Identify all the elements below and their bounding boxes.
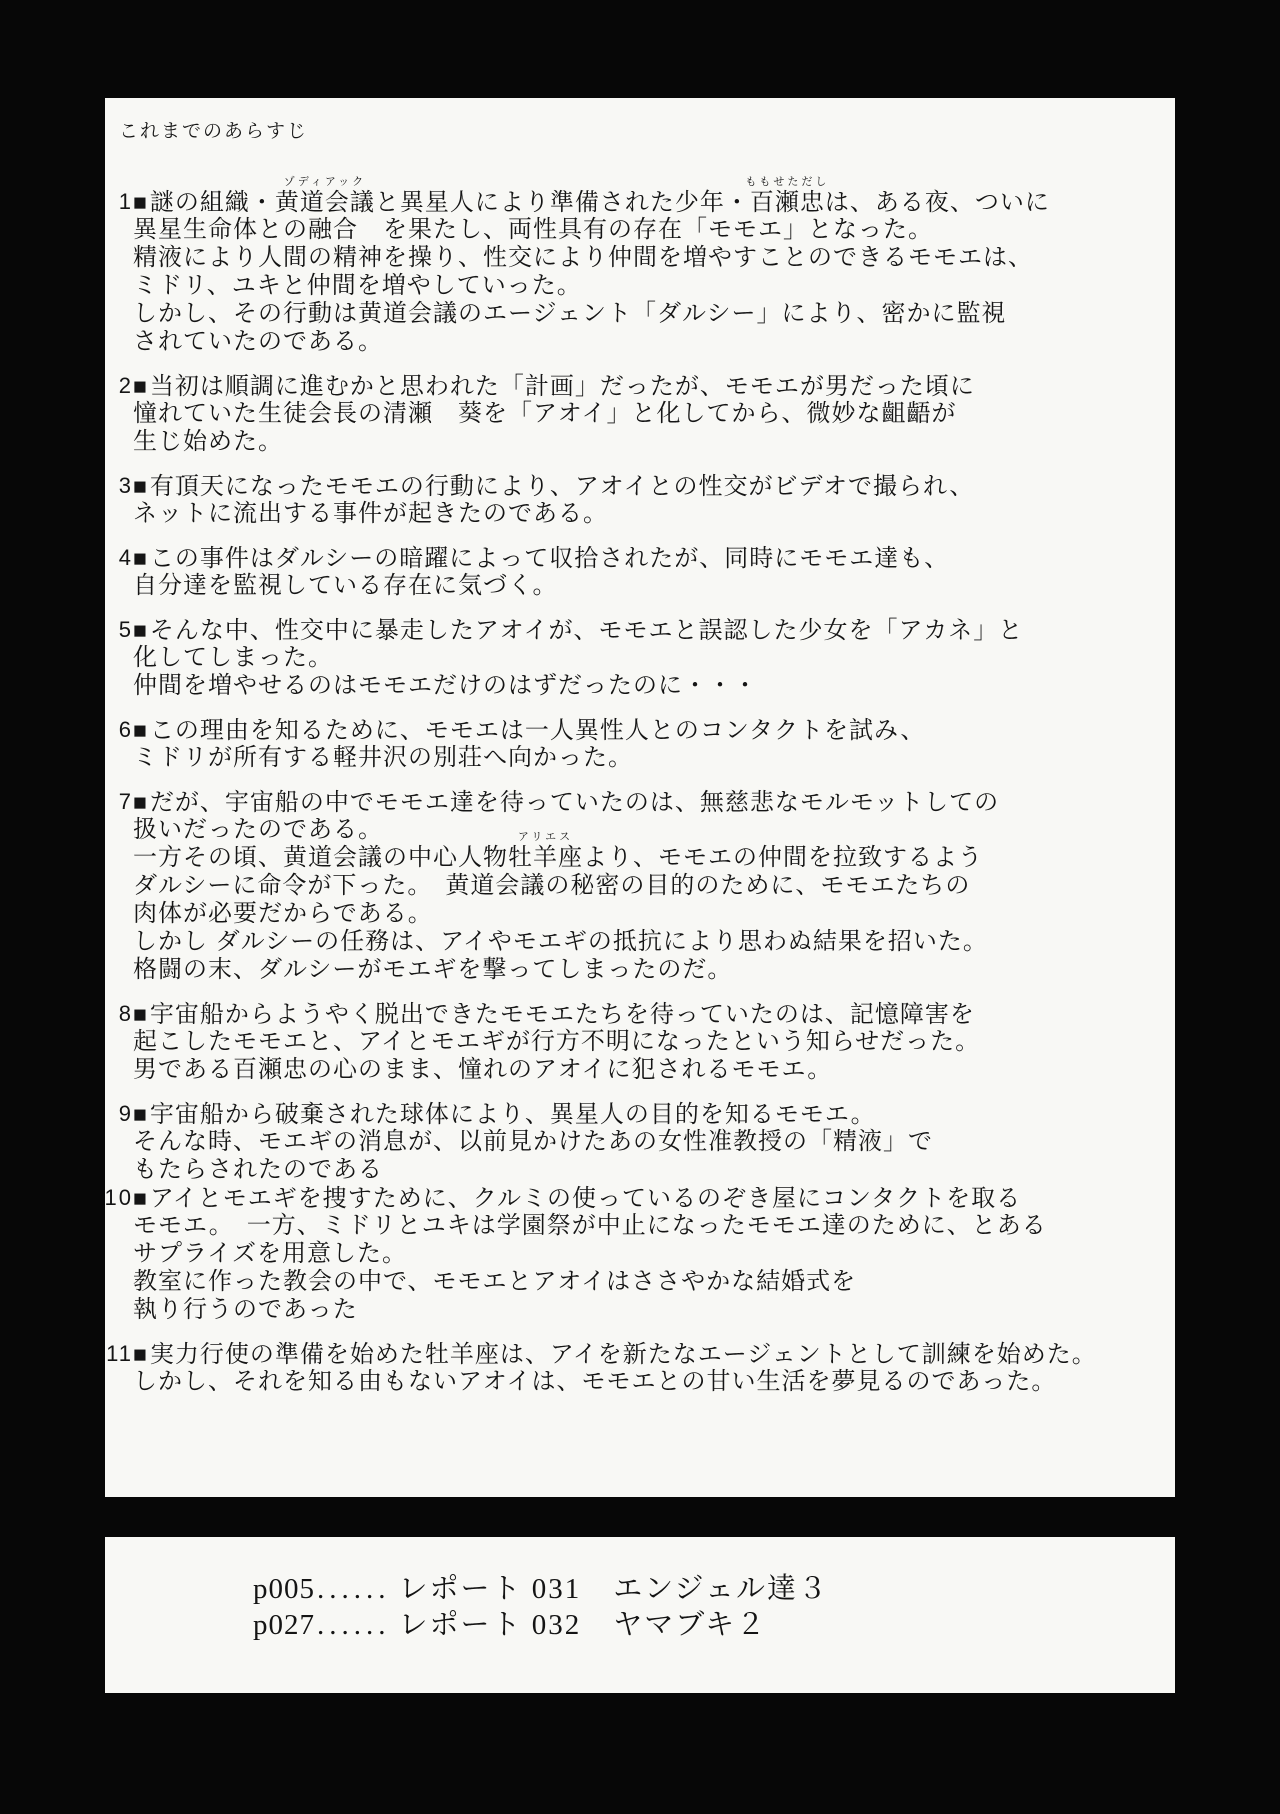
toc-leader-dots: ...... [317, 1573, 391, 1605]
synopsis-line: 格闘の末、ダルシーがモエギを撃ってしまったのだ。 [133, 956, 1155, 984]
item-bullet-icon: ■ [133, 717, 148, 743]
synopsis-text: 宇宙船から破棄された球体により、異星人の目的を知るモモエ。 [150, 1101, 876, 1128]
synopsis-line: ネットに流出する事件が起きたのである。 [133, 500, 1155, 528]
synopsis-item-3: 3■有頂天になったモモエの行動により、アオイとの性交がビデオで撮られ、ネットに流… [133, 472, 1155, 528]
toc-chapter-title: エンジェル達３ [613, 1573, 829, 1605]
item-bullet-icon: ■ [133, 617, 148, 643]
synopsis-item-4: 4■この事件はダルシーの暗躍によって収拾されたが、同時にモモエ達も、自分達を監視… [133, 544, 1155, 600]
toc-leader-dots: ...... [317, 1609, 391, 1641]
toc-page-number: p027 [253, 1609, 315, 1641]
synopsis-text: そんな中、性交中に暴走したアオイが、モモエと誤認した少女を「アカネ」と [150, 617, 1023, 644]
synopsis-line: 8■宇宙船からようやく脱出できたモモエたちを待っていたのは、記憶障害を [133, 1000, 1155, 1028]
synopsis-text: 教室に作った教会の中で、モモエとアオイはささやかな結婚式を [133, 1268, 856, 1295]
item-number: 8 [119, 1000, 133, 1028]
synopsis-line: 起こしたモモエと、アイとモエギが行方不明になったという知らせだった。 [133, 1028, 1155, 1056]
synopsis-text: しかし、それを知る由もないアオイは、モモエとの甘い生活を夢見るのであった。 [133, 1368, 1056, 1395]
synopsis-text: と異星人により準備された少年・ [375, 189, 750, 216]
synopsis-line: 仲間を増やせるのはモモエだけのはずだったのに・・・ [133, 672, 1155, 700]
toc-report-label: レポート 031 [399, 1573, 582, 1605]
synopsis-line: 2■当初は順調に進むかと思われた「計画」だったが、モモエが男だった頃に [133, 372, 1155, 400]
synopsis-line: 10■アイとモエギを捜すために、クルミの使っているのぞき屋にコンタクトを取る [133, 1184, 1155, 1212]
synopsis-line: 化してしまった。 [133, 644, 1155, 672]
synopsis-text: 肉体が必要だからである。 [133, 900, 433, 927]
ruby-text: ゾディアック [284, 177, 366, 188]
toc-entry-2: p027......レポート 032ヤマブキ２ [253, 1607, 829, 1643]
synopsis-text: ミドリ、ユキと仲間を増やしていった。 [133, 272, 582, 299]
synopsis-line: しかし、その行動は黄道会議のエージェント「ダルシー」により、密かに監視 [133, 300, 1155, 328]
synopsis-line: 自分達を監視している存在に気づく。 [133, 572, 1155, 600]
synopsis-text: ネットに流出する事件が起きたのである。 [133, 500, 608, 527]
synopsis-line: そんな時、モエギの消息が、以前見かけたあの女性准教授の「精液」で [133, 1128, 1155, 1156]
synopsis-text: 当初は順調に進むかと思われた「計画」だったが、モモエが男だった頃に [150, 373, 975, 400]
item-number: 4 [119, 544, 133, 572]
synopsis-text: この事件はダルシーの暗躍によって収拾されたが、同時にモモエ達も、 [150, 545, 949, 572]
synopsis-line: 4■この事件はダルシーの暗躍によって収拾されたが、同時にモモエ達も、 [133, 544, 1155, 572]
synopsis-line: 憧れていた生徒会長の清瀬 葵を「アオイ」と化してから、微妙な齟齬が [133, 400, 1155, 428]
synopsis-text: 扱いだったのである。 [133, 816, 383, 843]
synopsis-line: 9■宇宙船から破棄された球体により、異星人の目的を知るモモエ。 [133, 1100, 1155, 1128]
synopsis-line: もたらされたのである [133, 1156, 1155, 1184]
synopsis-text: 格闘の末、ダルシーがモエギを撃ってしまったのだ。 [133, 956, 732, 983]
synopsis-text: 憧れていた生徒会長の清瀬 葵を「アオイ」と化してから、微妙な齟齬が [133, 400, 957, 427]
item-number: 11 [106, 1340, 133, 1368]
synopsis-text: この理由を知るために、モモエは一人異性人とのコンタクトを試み、 [150, 717, 925, 744]
synopsis-line: ミドリが所有する軽井沢の別荘へ向かった。 [133, 744, 1155, 772]
item-bullet-icon: ■ [133, 545, 148, 571]
synopsis-text: ミドリが所有する軽井沢の別荘へ向かった。 [133, 744, 633, 771]
synopsis-line: 異星生命体との融合 を果たし、両性具有の存在「モモエ」となった。 [133, 216, 1155, 244]
synopsis-line: 6■この理由を知るために、モモエは一人異性人とのコンタクトを試み、 [133, 716, 1155, 744]
item-number: 7 [119, 788, 133, 816]
item-bullet-icon: ■ [133, 373, 148, 399]
synopsis-text: より、モモエの仲間を拉致するよう [583, 844, 983, 871]
synopsis-text: 自分達を監視している存在に気づく。 [133, 572, 558, 599]
synopsis-text: だが、宇宙船の中でモモエ達を待っていたのは、無慈悲なモルモットしての [150, 789, 999, 816]
item-number: 2 [119, 372, 133, 400]
item-bullet-icon: ■ [133, 1101, 148, 1127]
synopsis-text: アイとモエギを捜すために、クルミの使っているのぞき屋にコンタクトを取る [150, 1185, 1021, 1212]
ruby-base: 百瀬忠ももせただし [750, 189, 825, 217]
synopsis-text: しかし、その行動は黄道会議のエージェント「ダルシー」により、密かに監視 [133, 300, 1006, 327]
synopsis-text: しかし ダルシーの任務は、アイやモエギの抵抗により思わぬ結果を招いた。 [133, 928, 988, 955]
synopsis-line: 男である百瀬忠の心のまま、憧れのアオイに犯されるモモエ。 [133, 1056, 1155, 1084]
toc-entry-1: p005......レポート 031エンジェル達３ [253, 1571, 829, 1607]
synopsis-text: 有頂天になったモモエの行動により、アオイとの性交がビデオで撮られ、 [150, 473, 975, 500]
synopsis-line: サプライズを用意した。 [133, 1240, 1155, 1268]
synopsis-text: 宇宙船からようやく脱出できたモモエたちを待っていたのは、記憶障害を [150, 1001, 975, 1028]
item-bullet-icon: ■ [133, 473, 148, 499]
synopsis-text: されていたのである。 [133, 328, 383, 355]
item-bullet-icon: ■ [133, 1341, 148, 1367]
synopsis-line: ミドリ、ユキと仲間を増やしていった。 [133, 272, 1155, 300]
synopsis-text: 異星生命体との融合 を果たし、両性具有の存在「モモエ」となった。 [133, 216, 933, 243]
item-number: 10 [105, 1184, 133, 1212]
synopsis-item-9: 9■宇宙船から破棄された球体により、異星人の目的を知るモモエ。そんな時、モエギの… [133, 1100, 1155, 1184]
synopsis-item-11: 11■実力行使の準備を始めた牡羊座は、アイを新たなエージェントとして訓練を始めた… [133, 1340, 1155, 1396]
synopsis-line: 1■謎の組織・黄道会議ゾディアックと異星人により準備された少年・百瀬忠ももせただ… [133, 188, 1155, 216]
synopsis-item-2: 2■当初は順調に進むかと思われた「計画」だったが、モモエが男だった頃に憧れていた… [133, 372, 1155, 456]
synopsis-text: 化してしまった。 [133, 644, 333, 671]
synopsis-text: そんな時、モエギの消息が、以前見かけたあの女性准教授の「精液」で [133, 1128, 933, 1155]
synopsis-text: 一方その頃、黄道会議の中心人物 [133, 844, 508, 871]
synopsis-text: 執り行うのであった [133, 1296, 358, 1323]
synopsis-line: 肉体が必要だからである。 [133, 900, 1155, 928]
synopsis-line: されていたのである。 [133, 328, 1155, 356]
synopsis-line: 一方その頃、黄道会議の中心人物牡羊座アリエスより、モモエの仲間を拉致するよう [133, 844, 1155, 872]
toc-report-label: レポート 032 [399, 1609, 582, 1641]
synopsis-line: ダルシーに命令が下った。 黄道会議の秘密の目的のために、モモエたちの [133, 872, 1155, 900]
toc-page-number: p005 [253, 1573, 315, 1605]
synopsis-line: 教室に作った教会の中で、モモエとアオイはささやかな結婚式を [133, 1268, 1155, 1296]
synopsis-item-5: 5■そんな中、性交中に暴走したアオイが、モモエと誤認した少女を「アカネ」と化して… [133, 616, 1155, 700]
synopsis-line: 5■そんな中、性交中に暴走したアオイが、モモエと誤認した少女を「アカネ」と [133, 616, 1155, 644]
item-number: 1 [119, 188, 133, 216]
synopsis-line: しかし、それを知る由もないアオイは、モモエとの甘い生活を夢見るのであった。 [133, 1368, 1155, 1396]
synopsis-text: 起こしたモモエと、アイとモエギが行方不明になったという知らせだった。 [133, 1028, 980, 1055]
ruby-base: 牡羊座アリエス [508, 844, 583, 872]
synopsis-line: 執り行うのであった [133, 1296, 1155, 1324]
synopsis-panel: これまでのあらすじ 1■謎の組織・黄道会議ゾディアックと異星人により準備された少… [105, 98, 1175, 1497]
toc-panel: p005......レポート 031エンジェル達３p027......レポート … [105, 1537, 1175, 1693]
item-number: 5 [119, 616, 133, 644]
synopsis-item-10: 10■アイとモエギを捜すために、クルミの使っているのぞき屋にコンタクトを取るモモ… [133, 1184, 1155, 1324]
synopsis-line: モモエ。 一方、ミドリとユキは学園祭が中止になったモモエ達のために、とある [133, 1212, 1155, 1240]
synopsis-line: 3■有頂天になったモモエの行動により、アオイとの性交がビデオで撮られ、 [133, 472, 1155, 500]
synopsis-line: 精液により人間の精神を操り、性交により仲間を増やすことのできるモモエは、 [133, 244, 1155, 272]
toc-rows: p005......レポート 031エンジェル達３p027......レポート … [253, 1571, 829, 1643]
synopsis-item-7: 7■だが、宇宙船の中でモモエ達を待っていたのは、無慈悲なモルモットしての扱いだっ… [133, 788, 1155, 984]
item-bullet-icon: ■ [133, 1001, 148, 1027]
synopsis-text: 男である百瀬忠の心のまま、憧れのアオイに犯されるモモエ。 [133, 1056, 832, 1083]
synopsis-text: は、ある夜、ついに [825, 189, 1050, 216]
item-number: 3 [119, 472, 133, 500]
item-number: 9 [119, 1100, 133, 1128]
synopsis-line: 11■実力行使の準備を始めた牡羊座は、アイを新たなエージェントとして訓練を始めた… [133, 1340, 1155, 1368]
ruby-base: 黄道会議ゾディアック [275, 189, 375, 217]
synopsis-item-1: 1■謎の組織・黄道会議ゾディアックと異星人により準備された少年・百瀬忠ももせただ… [133, 188, 1155, 356]
synopsis-items: 1■謎の組織・黄道会議ゾディアックと異星人により準備された少年・百瀬忠ももせただ… [133, 188, 1155, 1396]
synopsis-line: 扱いだったのである。 [133, 816, 1155, 844]
synopsis-line: しかし ダルシーの任務は、アイやモエギの抵抗により思わぬ結果を招いた。 [133, 928, 1155, 956]
synopsis-text: 生じ始めた。 [133, 428, 283, 455]
synopsis-text: もたらされたのである [133, 1156, 383, 1183]
synopsis-text: モモエ。 一方、ミドリとユキは学園祭が中止になったモモエ達のために、とある [133, 1212, 1047, 1239]
synopsis-text: サプライズを用意した。 [133, 1240, 407, 1267]
synopsis-text: ダルシーに命令が下った。 黄道会議の秘密の目的のために、モモエたちの [133, 872, 970, 899]
synopsis-text: 謎の組織・ [150, 189, 275, 216]
ruby-text: アリエス [518, 832, 573, 843]
synopsis-line: 生じ始めた。 [133, 428, 1155, 456]
synopsis-line: 7■だが、宇宙船の中でモモエ達を待っていたのは、無慈悲なモルモットしての [133, 788, 1155, 816]
synopsis-item-8: 8■宇宙船からようやく脱出できたモモエたちを待っていたのは、記憶障害を起こしたモ… [133, 1000, 1155, 1084]
toc-chapter-title: ヤマブキ２ [613, 1609, 767, 1641]
synopsis-item-6: 6■この理由を知るために、モモエは一人異性人とのコンタクトを試み、ミドリが所有す… [133, 716, 1155, 772]
item-bullet-icon: ■ [133, 789, 148, 815]
item-bullet-icon: ■ [133, 1185, 148, 1211]
synopsis-text: 精液により人間の精神を操り、性交により仲間を増やすことのできるモモエは、 [133, 244, 1033, 271]
item-bullet-icon: ■ [133, 189, 148, 215]
synopsis-text: 仲間を増やせるのはモモエだけのはずだったのに・・・ [133, 672, 758, 699]
page-title: これまでのあらすじ [119, 118, 308, 146]
synopsis-text: 実力行使の準備を始めた牡羊座は、アイを新たなエージェントとして訓練を始めた。 [150, 1341, 1097, 1368]
ruby-text: ももせただし [745, 177, 829, 188]
item-number: 6 [119, 716, 133, 744]
